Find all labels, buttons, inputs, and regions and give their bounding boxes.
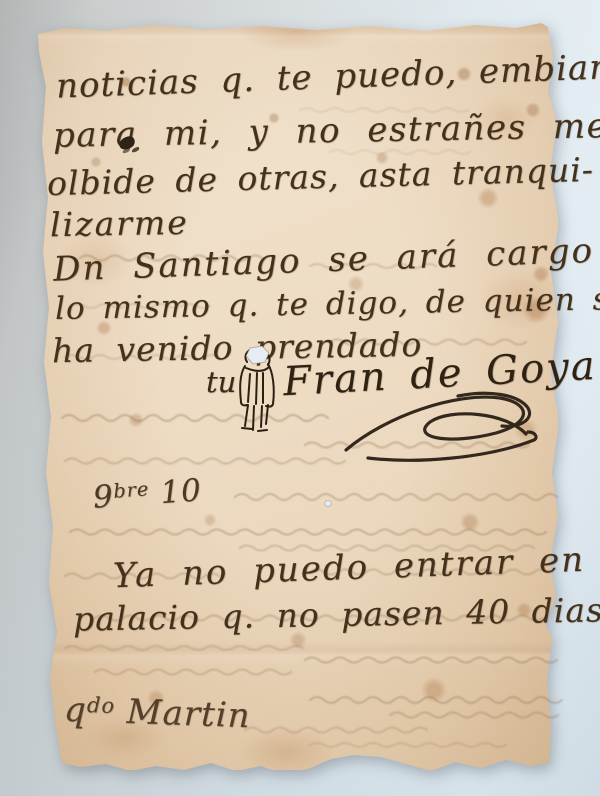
date-line: 9bre 10 — [92, 475, 203, 514]
closing-name: Martin — [126, 692, 251, 736]
paper-hole — [246, 346, 269, 364]
letter-photograph: noticias q. te puedo, embiar para mi, y … — [0, 0, 600, 796]
closing-sup: do — [87, 692, 116, 718]
standing-figure-sketch-icon — [232, 346, 284, 438]
closing-addressee: qdo Martin — [63, 693, 251, 733]
signature-rubric-flourish-icon — [338, 388, 543, 466]
letter-line: para mi, y no estrañes me — [53, 109, 600, 153]
postscript-line: palacio q. no pasen 40 dias — [73, 593, 600, 635]
letter-line: lizarme — [50, 206, 189, 241]
paper-hole — [324, 500, 332, 507]
closing-abbr: q — [63, 690, 87, 731]
date-suffix: bre — [113, 477, 150, 502]
date-day: 10 — [159, 472, 203, 511]
letter-line: lo mismo q. te digo, de quien se — [55, 284, 600, 325]
date-number: 9 — [92, 478, 115, 515]
